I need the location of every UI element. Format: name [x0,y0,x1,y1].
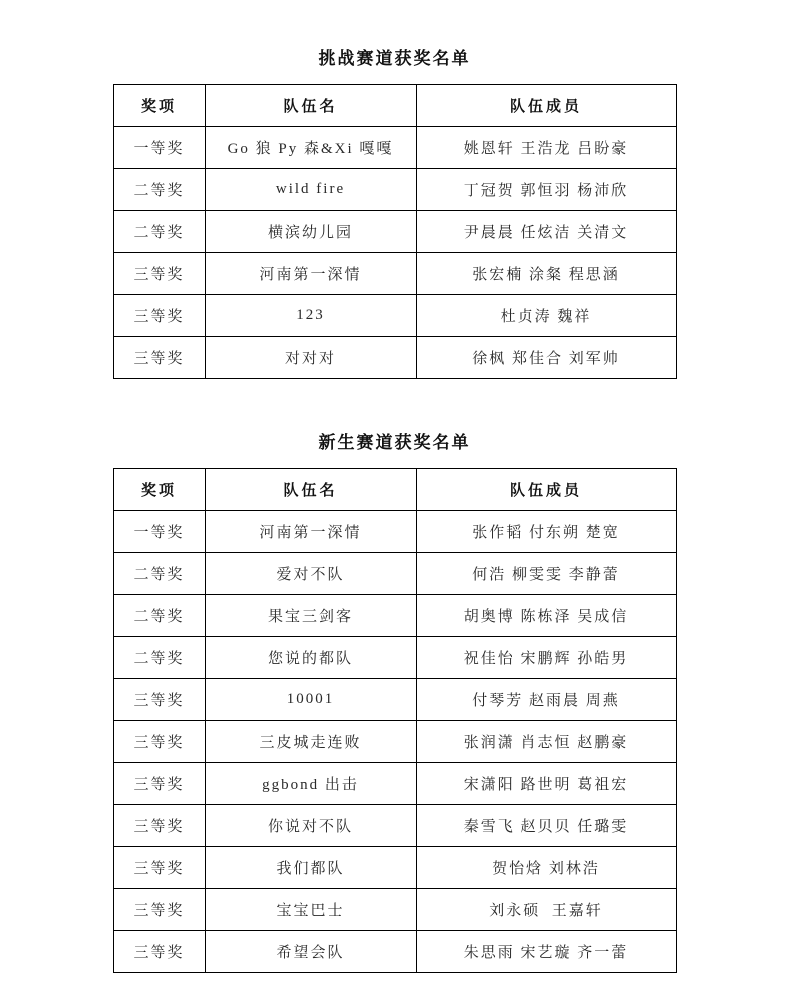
members-cell: 何浩 柳雯雯 李静蕾 [416,553,676,595]
members-cell: 张作韬 付东朔 楚宽 [416,511,676,553]
team-name-cell: 横滨幼儿园 [205,211,416,253]
table-row: 三等奖 ggbond 出击 宋潇阳 路世明 葛祖宏 [113,763,676,805]
newcomer-track-title: 新生赛道获奖名单 [0,428,789,453]
challenge-track-title: 挑战赛道获奖名单 [0,44,789,69]
award-cell: 三等奖 [113,889,205,931]
header-team-members: 队伍成员 [416,85,676,127]
team-name-cell: 希望会队 [205,931,416,973]
members-cell: 贺怡焓 刘林浩 [416,847,676,889]
members-cell: 徐枫 郑佳合 刘军帅 [416,337,676,379]
table-row: 二等奖 横滨幼儿园 尹晨晨 任炫洁 关清文 [113,211,676,253]
table-row: 三等奖 希望会队 朱思雨 宋艺璇 齐一蕾 [113,931,676,973]
award-cell: 三等奖 [113,763,205,805]
table-row: 二等奖 果宝三剑客 胡奥博 陈栋泽 吴成信 [113,595,676,637]
award-cell: 三等奖 [113,295,205,337]
award-cell: 三等奖 [113,721,205,763]
team-name-cell: 宝宝巴士 [205,889,416,931]
award-cell: 一等奖 [113,511,205,553]
members-cell: 杜贞涛 魏祥 [416,295,676,337]
table-row: 一等奖 河南第一深情 张作韬 付东朔 楚宽 [113,511,676,553]
team-name-cell: 123 [205,295,416,337]
team-name-cell: 对对对 [205,337,416,379]
members-cell: 尹晨晨 任炫洁 关清文 [416,211,676,253]
header-team-name: 队伍名 [205,85,416,127]
award-cell: 一等奖 [113,127,205,169]
header-award: 奖项 [113,85,205,127]
table-row: 二等奖 爱对不队 何浩 柳雯雯 李静蕾 [113,553,676,595]
team-name-cell: 三皮城走连败 [205,721,416,763]
team-name-cell: 果宝三剑客 [205,595,416,637]
header-team-name: 队伍名 [205,469,416,511]
team-name-cell: wild fire [205,169,416,211]
award-cell: 二等奖 [113,211,205,253]
team-name-cell: 我们都队 [205,847,416,889]
team-name-cell: 您说的都队 [205,637,416,679]
award-cell: 三等奖 [113,931,205,973]
award-cell: 二等奖 [113,637,205,679]
table-header-row: 奖项 队伍名 队伍成员 [113,469,676,511]
award-cell: 三等奖 [113,337,205,379]
award-cell: 三等奖 [113,805,205,847]
table-row: 三等奖 三皮城走连败 张润潇 肖志恒 赵鹏豪 [113,721,676,763]
team-name-cell: 10001 [205,679,416,721]
team-name-cell: Go 狼 Py 森&Xi 嘎嘎 [205,127,416,169]
members-cell: 丁冠贺 郭恒羽 杨沛欣 [416,169,676,211]
members-cell: 胡奥博 陈栋泽 吴成信 [416,595,676,637]
challenge-track-table: 奖项 队伍名 队伍成员 一等奖 Go 狼 Py 森&Xi 嘎嘎 姚恩轩 王浩龙 … [113,84,677,379]
newcomer-track-table: 奖项 队伍名 队伍成员 一等奖 河南第一深情 张作韬 付东朔 楚宽 二等奖 爱对… [113,468,677,973]
team-name-cell: 河南第一深情 [205,511,416,553]
table-row: 二等奖 您说的都队 祝佳怡 宋鹏辉 孙皓男 [113,637,676,679]
table-row: 二等奖 wild fire 丁冠贺 郭恒羽 杨沛欣 [113,169,676,211]
members-cell: 朱思雨 宋艺璇 齐一蕾 [416,931,676,973]
table-row: 三等奖 我们都队 贺怡焓 刘林浩 [113,847,676,889]
members-cell: 姚恩轩 王浩龙 吕盼豪 [416,127,676,169]
team-name-cell: 你说对不队 [205,805,416,847]
award-cell: 二等奖 [113,595,205,637]
members-cell: 祝佳怡 宋鹏辉 孙皓男 [416,637,676,679]
members-cell: 张润潇 肖志恒 赵鹏豪 [416,721,676,763]
header-award: 奖项 [113,469,205,511]
table-row: 三等奖 宝宝巴士 刘永硕 王嘉轩 [113,889,676,931]
members-cell: 宋潇阳 路世明 葛祖宏 [416,763,676,805]
award-cell: 二等奖 [113,553,205,595]
header-team-members: 队伍成员 [416,469,676,511]
award-cell: 二等奖 [113,169,205,211]
award-cell: 三等奖 [113,847,205,889]
table-row: 三等奖 你说对不队 秦雪飞 赵贝贝 任璐雯 [113,805,676,847]
document-page: 挑战赛道获奖名单 奖项 队伍名 队伍成员 一等奖 Go 狼 Py 森&Xi 嘎嘎… [0,0,789,995]
award-cell: 三等奖 [113,679,205,721]
table-row: 三等奖 对对对 徐枫 郑佳合 刘军帅 [113,337,676,379]
team-name-cell: 爱对不队 [205,553,416,595]
members-cell: 秦雪飞 赵贝贝 任璐雯 [416,805,676,847]
team-name-cell: 河南第一深情 [205,253,416,295]
table-row: 一等奖 Go 狼 Py 森&Xi 嘎嘎 姚恩轩 王浩龙 吕盼豪 [113,127,676,169]
award-cell: 三等奖 [113,253,205,295]
table-row: 三等奖 10001 付琴芳 赵雨晨 周燕 [113,679,676,721]
table-header-row: 奖项 队伍名 队伍成员 [113,85,676,127]
members-cell: 张宏楠 涂粲 程思涵 [416,253,676,295]
team-name-cell: ggbond 出击 [205,763,416,805]
members-cell: 付琴芳 赵雨晨 周燕 [416,679,676,721]
table-row: 三等奖 123 杜贞涛 魏祥 [113,295,676,337]
table-row: 三等奖 河南第一深情 张宏楠 涂粲 程思涵 [113,253,676,295]
members-cell: 刘永硕 王嘉轩 [416,889,676,931]
